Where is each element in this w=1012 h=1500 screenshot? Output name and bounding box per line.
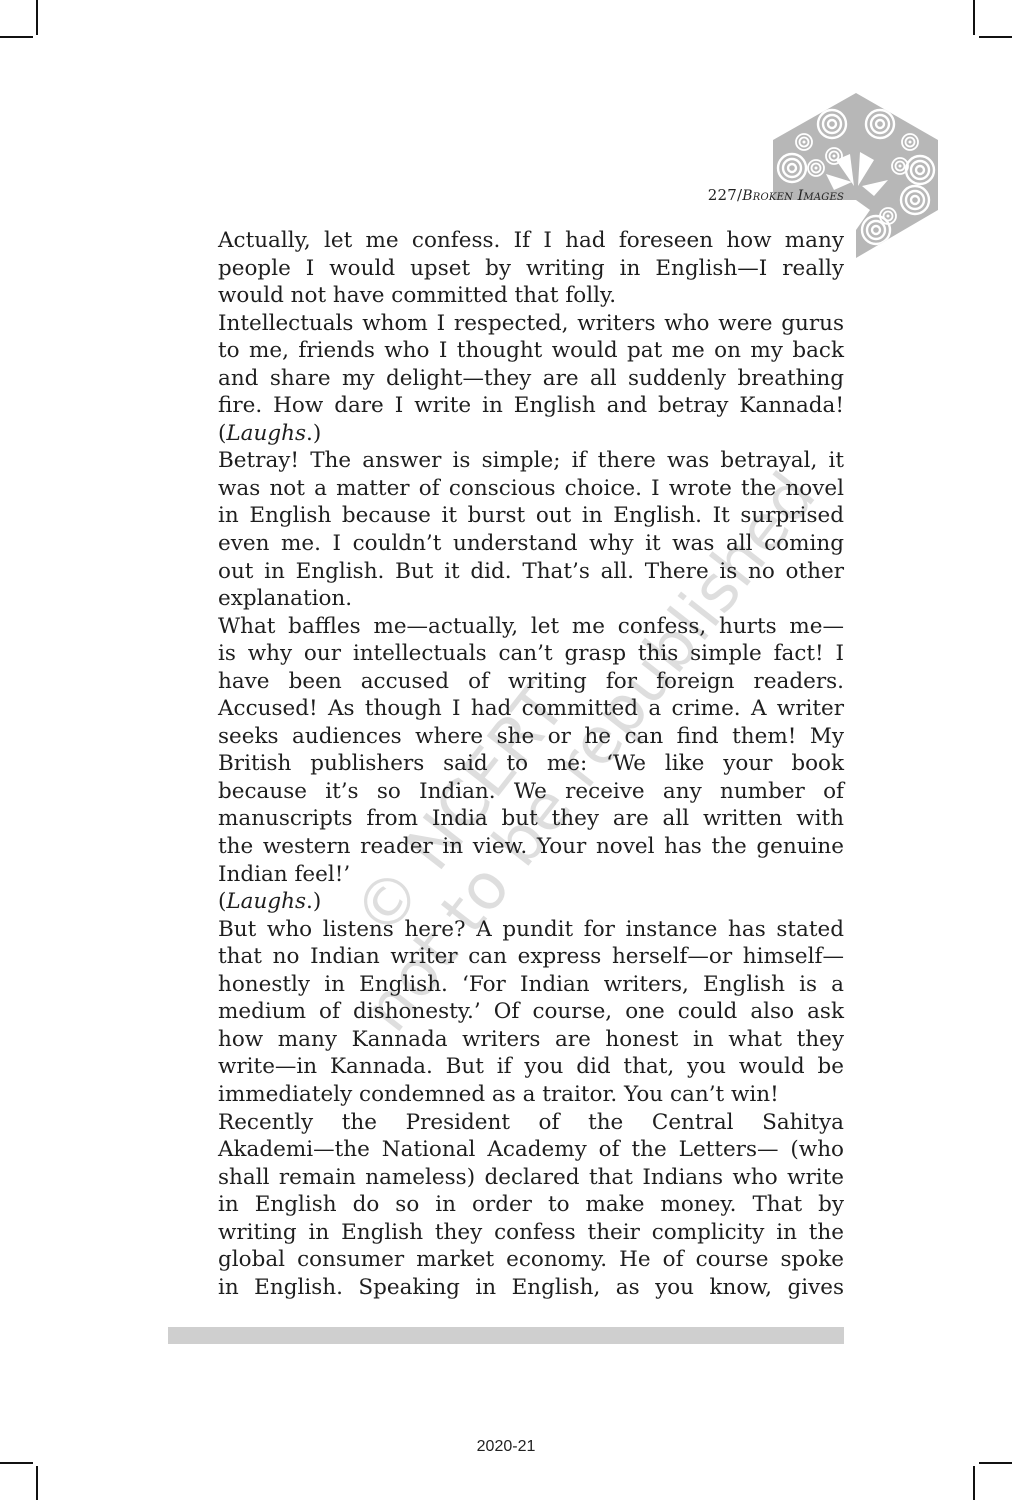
footer-bar bbox=[168, 1327, 844, 1344]
stage-direction: Laughs bbox=[226, 421, 306, 446]
text-line: how many Kannada writers are honest in w… bbox=[218, 1026, 844, 1054]
page-number: 227 bbox=[708, 186, 737, 204]
text-line: write—in Kannada. But if you did that, y… bbox=[218, 1053, 844, 1081]
text-line: (Laughs.) bbox=[218, 888, 844, 916]
text-line: honestly in English. ‘For Indian writers… bbox=[218, 971, 844, 999]
crop-mark-top-left-v bbox=[36, 0, 38, 35]
body-text: Actually, let me confess. If I had fores… bbox=[218, 227, 844, 1301]
text-line: would not have committed that folly. bbox=[218, 282, 844, 310]
text-line: Actually, let me confess. If I had fores… bbox=[218, 227, 844, 255]
text-line: was not a matter of conscious choice. I … bbox=[218, 475, 844, 503]
text-line: shall remain nameless) declared that Ind… bbox=[218, 1164, 844, 1192]
footer-year: 2020-21 bbox=[0, 1438, 1012, 1456]
text-line: (Laughs.) bbox=[218, 420, 844, 448]
text-line: global consumer market economy. He of co… bbox=[218, 1246, 844, 1274]
text-line: Akademi—the National Academy of the Lett… bbox=[218, 1136, 844, 1164]
text-line: manuscripts from India but they are all … bbox=[218, 805, 844, 833]
text-line: and share my delight—they are all sudden… bbox=[218, 365, 844, 393]
crop-mark-top-right-v bbox=[973, 0, 975, 35]
text-line: writing in English they confess their co… bbox=[218, 1219, 844, 1247]
text-line: Accused! As though I had committed a cri… bbox=[218, 695, 844, 723]
text-line: British publishers said to me: ‘We like … bbox=[218, 750, 844, 778]
text-line: the western reader in view. Your novel h… bbox=[218, 833, 844, 861]
text-line: to me, friends who I thought would pat m… bbox=[218, 337, 844, 365]
crop-mark-bottom-left-h bbox=[0, 1462, 33, 1464]
text-line: people I would upset by writing in Engli… bbox=[218, 255, 844, 283]
text-line: Recently the President of the Central Sa… bbox=[218, 1109, 844, 1137]
text-line: because it’s so Indian. We receive any n… bbox=[218, 778, 844, 806]
text-line: in English. Speaking in English, as you … bbox=[218, 1274, 844, 1302]
text-line: explanation. bbox=[218, 585, 844, 613]
text-line: medium of dishonesty.’ Of course, one co… bbox=[218, 998, 844, 1026]
crop-mark-top-left-h bbox=[0, 36, 33, 38]
stage-direction: Laughs bbox=[226, 889, 306, 914]
text-line: fire. How dare I write in English and be… bbox=[218, 392, 844, 420]
running-header: 227/Broken Images bbox=[600, 186, 844, 204]
crop-mark-bottom-right-h bbox=[979, 1462, 1012, 1464]
text-line: immediately condemned as a traitor. You … bbox=[218, 1081, 844, 1109]
text-line: Betray! The answer is simple; if there w… bbox=[218, 447, 844, 475]
crop-mark-top-right-h bbox=[979, 36, 1012, 38]
text-line: in English do so in order to make money.… bbox=[218, 1191, 844, 1219]
text-line: What baffles me—actually, let me confess… bbox=[218, 613, 844, 641]
text-line: that no Indian writer can express hersel… bbox=[218, 943, 844, 971]
text-line: Indian feel!’ bbox=[218, 861, 844, 889]
text-line: But who listens here? A pundit for insta… bbox=[218, 916, 844, 944]
text-line: seeks audiences where she or he can find… bbox=[218, 723, 844, 751]
text-line: have been accused of writing for foreign… bbox=[218, 668, 844, 696]
crop-mark-bottom-right-v bbox=[973, 1466, 975, 1500]
text-line: Intellectuals whom I respected, writers … bbox=[218, 310, 844, 338]
text-line: in English because it burst out in Engli… bbox=[218, 502, 844, 530]
crop-mark-bottom-left-v bbox=[36, 1466, 38, 1500]
chapter-title: Broken Images bbox=[742, 188, 844, 204]
text-line: is why our intellectuals can’t grasp thi… bbox=[218, 640, 844, 668]
text-line: even me. I couldn’t understand why it wa… bbox=[218, 530, 844, 558]
text-line: out in English. But it did. That’s all. … bbox=[218, 558, 844, 586]
